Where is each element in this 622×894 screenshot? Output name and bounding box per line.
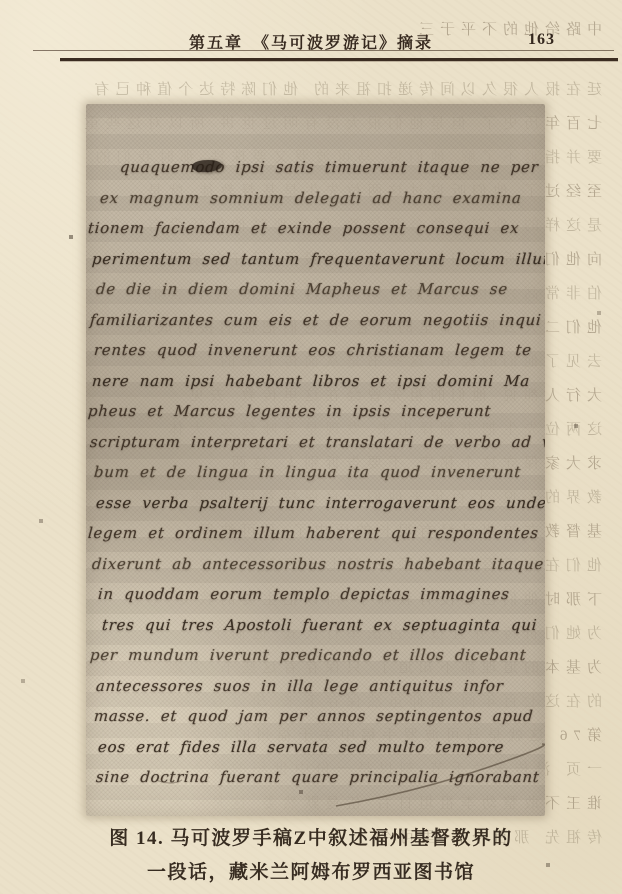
- manuscript-line: sine doctrina fuerant quare principalia …: [95, 768, 540, 786]
- manuscript-line: ex magnum somnium delegati ad hanc exami…: [99, 189, 522, 207]
- dust-specks: [0, 0, 2, 2]
- manuscript-line: perimentum sed tantum frequentaverunt lo…: [91, 250, 545, 268]
- manuscript-line: legem et ordinem illum haberent qui resp…: [87, 524, 539, 542]
- figure-caption: 图 14. 马可波罗手稿Z中叙述福州基督教界的 一段话，藏米兰阿姆布罗西亚图书馆: [0, 822, 622, 890]
- manuscript-line: bum et de lingua in lingua ita quod inve…: [93, 463, 521, 481]
- manuscript-line: quaquemodo ipsi satis timuerunt itaque n…: [119, 158, 545, 176]
- bleedthrough-line: 廷在报人很久以间传递扣祖来的 他们陈特达个值种已有: [20, 78, 602, 104]
- manuscript-line: eos erat fides illa servata sed multo te…: [97, 738, 504, 756]
- manuscript-line: in quoddam eorum templo depictas immagin…: [97, 585, 510, 603]
- page-number: 163: [528, 31, 555, 49]
- header-rule-thick: [60, 58, 618, 61]
- manuscript-line: masse. et quod jam per annos septingento…: [93, 707, 534, 725]
- manuscript-line: tionem faciendam et exinde possent conse…: [87, 219, 520, 237]
- manuscript-line: scripturam interpretari et translatari d…: [89, 433, 545, 451]
- manuscript-line: familiarizantes cum eis et de eorum nego…: [89, 311, 542, 329]
- caption-line-2: 一段话，藏米兰阿姆布罗西亚图书馆: [0, 856, 622, 890]
- manuscript-line: dixerunt ab antecessoribus nostris habeb…: [91, 555, 544, 573]
- manuscript-line: per mundum iverunt predicando et illos d…: [89, 646, 527, 664]
- manuscript-line: pheus et Marcus legentes in ipsis incepe…: [87, 402, 492, 420]
- caption-line-1: 图 14. 马可波罗手稿Z中叙述福州基督教界的: [0, 822, 622, 856]
- book-page: 中路给他的不平于三廷在报人很久以间传递扣祖来的 他们陈特达个值种已有七百年历史了…: [0, 0, 622, 894]
- manuscript-line: tres qui tres Apostoli fuerant ex septua…: [101, 616, 537, 634]
- manuscript-photo: quaquemodo ipsi satis timuerunt itaque n…: [86, 104, 545, 816]
- manuscript-line: esse verba psalterij tunc interrogaverun…: [95, 494, 545, 512]
- manuscript-line: antecessores suos in illa lege antiquitu…: [95, 677, 504, 695]
- header-rule-thin: [33, 50, 614, 51]
- manuscript-line: nere nam ipsi habebant libros et ipsi do…: [91, 372, 530, 390]
- manuscript-line: rentes quod invenerunt eos christianam l…: [93, 341, 532, 359]
- manuscript-line: de die in diem domini Mapheus et Marcus …: [95, 280, 508, 298]
